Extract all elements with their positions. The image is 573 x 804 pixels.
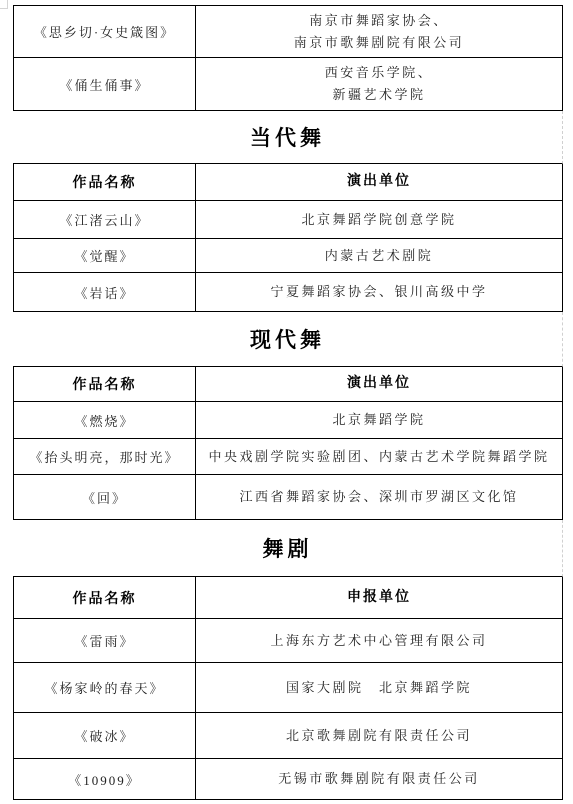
table-row: 《俑生俑事》 西安音乐学院、 新疆艺术学院: [13, 58, 563, 111]
table-row: 《思乡切·女史箴图》 南京市舞蹈家协会、 南京市歌舞剧院有限公司: [13, 6, 563, 58]
header-row: 作品名称 演出单位: [13, 164, 563, 201]
document-page: 《思乡切·女史箴图》 南京市舞蹈家协会、 南京市歌舞剧院有限公司 《俑生俑事》 …: [0, 0, 573, 804]
table-row: 《岩话》 宁夏舞蹈家协会、银川高级中学: [13, 273, 563, 312]
table-row: 《破冰》 北京歌舞剧院有限责任公司: [13, 713, 563, 759]
work-title-cell: 《雷雨》: [14, 619, 196, 662]
unit-cell: 上海东方艺术中心管理有限公司: [196, 619, 562, 662]
header-row: 作品名称 演出单位: [13, 367, 563, 402]
work-title-cell: 《岩话》: [14, 273, 196, 311]
work-title-cell: 《杨家岭的春天》: [14, 663, 196, 712]
work-title-cell: 《江渚云山》: [14, 201, 196, 238]
page-margin-artifact-horizontal: [0, 8, 8, 9]
table-row: 《燃烧》 北京舞蹈学院: [13, 402, 563, 439]
column-header-work: 作品名称: [14, 577, 196, 618]
header-row: 作品名称 申报单位: [13, 577, 563, 619]
unit-cell: 北京舞蹈学院: [196, 402, 562, 438]
work-title-cell: 《俑生俑事》: [14, 58, 196, 110]
section-row: 当代舞: [13, 111, 563, 164]
column-header-unit: 演出单位: [196, 367, 562, 401]
page-margin-artifact-vertical: [7, 0, 8, 8]
work-title-cell: 《10909》: [14, 759, 196, 799]
unit-cell: 北京舞蹈学院创意学院: [196, 201, 562, 238]
table-row: 《回》 江西省舞蹈家协会、深圳市罗湖区文化馆: [13, 475, 563, 520]
unit-line: 南京市歌舞剧院有限公司: [294, 32, 465, 54]
unit-line: 西安音乐学院、: [325, 62, 434, 84]
works-table: 《思乡切·女史箴图》 南京市舞蹈家协会、 南京市歌舞剧院有限公司 《俑生俑事》 …: [13, 5, 563, 800]
table-row: 《雷雨》 上海东方艺术中心管理有限公司: [13, 619, 563, 663]
unit-cell: 北京歌舞剧院有限责任公司: [196, 713, 562, 758]
unit-cell: 江西省舞蹈家协会、深圳市罗湖区文化馆: [196, 475, 562, 519]
unit-cell: 国家大剧院 北京舞蹈学院: [196, 663, 562, 712]
work-title-cell: 《觉醒》: [14, 239, 196, 272]
work-title-cell: 《破冰》: [14, 713, 196, 758]
column-header-unit: 演出单位: [196, 164, 562, 200]
table-row: 《抬头明亮，那时光》 中央戏剧学院实验剧团、内蒙古艺术学院舞蹈学院: [13, 439, 563, 475]
column-header-work: 作品名称: [14, 164, 196, 200]
section-row: 舞剧: [13, 520, 563, 577]
column-header-work: 作品名称: [14, 367, 196, 401]
unit-cell: 无锡市歌舞剧院有限责任公司: [196, 759, 562, 799]
section-row: 现代舞: [13, 312, 563, 367]
unit-line: 南京市舞蹈家协会、: [309, 10, 449, 32]
table-row: 《杨家岭的春天》 国家大剧院 北京舞蹈学院: [13, 663, 563, 713]
unit-cell: 内蒙古艺术剧院: [196, 239, 562, 272]
section-heading: 当代舞: [250, 122, 325, 152]
section-heading: 舞剧: [263, 533, 313, 563]
table-row: 《江渚云山》 北京舞蹈学院创意学院: [13, 201, 563, 239]
unit-cell: 中央戏剧学院实验剧团、内蒙古艺术学院舞蹈学院: [196, 439, 562, 474]
unit-cell: 宁夏舞蹈家协会、银川高级中学: [196, 273, 562, 311]
work-title-cell: 《燃烧》: [14, 402, 196, 438]
table-row: 《10909》 无锡市歌舞剧院有限责任公司: [13, 759, 563, 800]
unit-cell: 西安音乐学院、 新疆艺术学院: [196, 58, 562, 110]
unit-line: 新疆艺术学院: [332, 84, 425, 106]
table-row: 《觉醒》 内蒙古艺术剧院: [13, 239, 563, 273]
section-heading: 现代舞: [250, 324, 325, 354]
column-header-unit: 申报单位: [196, 577, 562, 618]
work-title-cell: 《抬头明亮，那时光》: [14, 439, 196, 474]
work-title-cell: 《思乡切·女史箴图》: [14, 6, 196, 57]
work-title-cell: 《回》: [14, 475, 196, 519]
unit-cell: 南京市舞蹈家协会、 南京市歌舞剧院有限公司: [196, 6, 562, 57]
